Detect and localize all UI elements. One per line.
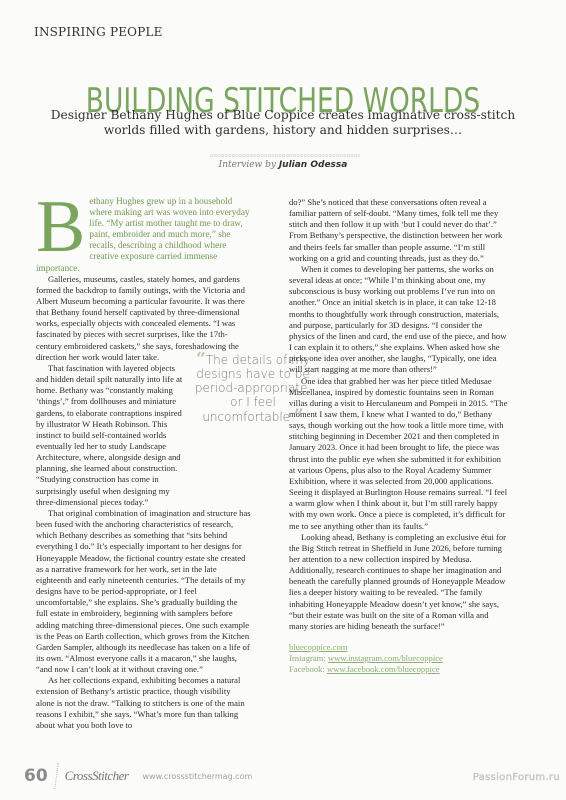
body-paragraph: That fascination with layered objects an…	[36, 363, 186, 508]
instagram-link[interactable]: www.instagram.com/bluecoppice	[328, 653, 443, 663]
drop-cap: B	[36, 198, 85, 256]
body-paragraph: Galleries, museums, castles, stately hom…	[36, 274, 251, 363]
open-quote-icon: “	[196, 349, 206, 369]
body-paragraph: One idea that grabbed her was her piece …	[289, 376, 509, 532]
body-paragraph: When it comes to developing her patterns…	[289, 264, 509, 376]
byline-prefix: Interview by	[219, 160, 279, 170]
footer-divider	[54, 763, 59, 789]
body-paragraph: As her collections expand, exhibiting be…	[36, 675, 251, 731]
byline: Interview by Julian Odessa	[0, 160, 566, 170]
decorative-divider	[210, 154, 360, 157]
website-link[interactable]: bluecoppice.com	[289, 642, 347, 652]
lead-paragraph: Bethany Hughes grew up in a household wh…	[36, 196, 251, 274]
article-column-right: do?” She’s noticed that these conversati…	[289, 197, 509, 675]
instagram-label: Instagram:	[289, 653, 328, 663]
body-paragraph: That original combination of imagination…	[36, 508, 251, 675]
body-paragraph: Looking ahead, Bethany is completing an …	[289, 532, 509, 632]
standfirst: Designer Bethany Hughes of Blue Coppice …	[40, 108, 526, 138]
section-label: INSPIRING PEOPLE	[34, 25, 163, 39]
watermark: PassionForum.ru	[473, 772, 560, 783]
magazine-url[interactable]: www.crossstitchermag.com	[142, 772, 252, 781]
facebook-link[interactable]: www.facebook.com/bluecoppice	[327, 664, 440, 674]
page-footer: 60 CrossStitcher www.crossstitchermag.co…	[24, 764, 252, 788]
contact-links: bluecoppice.com Instagram: www.instagram…	[289, 642, 509, 675]
article-column-left: Bethany Hughes grew up in a household wh…	[36, 196, 251, 731]
facebook-label: Facebook:	[289, 664, 327, 674]
page-number: 60	[24, 766, 48, 786]
body-paragraph: do?” She’s noticed that these conversati…	[289, 197, 509, 264]
magazine-logo: CrossStitcher	[65, 768, 129, 784]
byline-author: Julian Odessa	[279, 160, 348, 170]
